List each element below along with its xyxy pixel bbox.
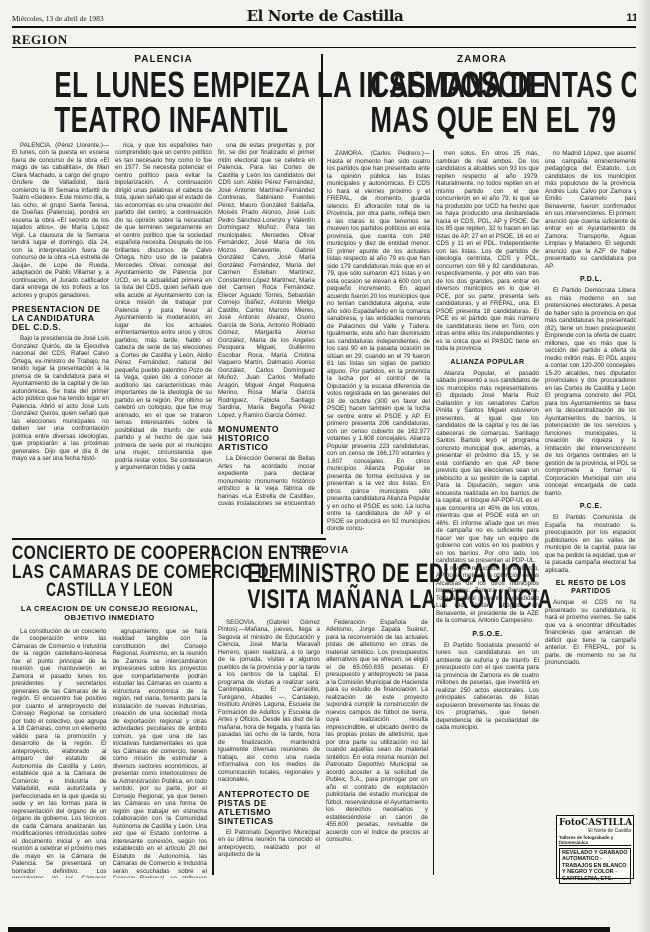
camaras-col1-paragraph: La constitución de un concierto de coope… [12, 628, 107, 878]
palencia-column-2: rica, y que los españoles han comprendid… [115, 142, 212, 505]
ad-brand-sub: El Norte de Castilla [559, 828, 631, 834]
section-header: REGION [12, 31, 638, 48]
zamora-pdl-paragraph: El Partido Demócrata Liberal es más mode… [545, 287, 637, 497]
camaras-subtitle-line1: LA CREACION DE UN CONSEJO REGIONAL, [12, 604, 207, 613]
section-divider [12, 538, 326, 540]
palencia-col2-paragraph: rica, y que los españoles han comprendid… [115, 142, 212, 472]
subhead-alianza-popular: ALIANZA POPULAR [436, 359, 539, 367]
zamora-column-3: rio Madrid López, que asumió una campaña… [545, 150, 637, 810]
article-zamora: ZAMORA CASI DOSCIENTAS CANDIDATURAS MAS … [327, 54, 637, 138]
subhead-psoe: P.S.O.E. [436, 631, 539, 639]
zamora-col2-paragraph: rren solos. En otros 25 más, cambian de … [436, 150, 539, 353]
segovia-column-2: Federación Española de Atletismo, Jorge … [326, 619, 428, 874]
palencia-lead-paragraph: PALENCIA. (Pérez Llorente.)—El lunes, co… [12, 142, 109, 300]
article-palencia: PALENCIA EL LUNES EMPIEZA LA III SEMANA … [12, 54, 315, 505]
segovia-col2-paragraph: Federación Española de Atletismo, Jorge … [326, 619, 428, 844]
subhead-pistas-atletismo: ANTEPROTECTO DE PISTAS DE ATLETISMO SINT… [218, 790, 320, 826]
zamora-column-2: rren solos. En otros 25 más, cambian de … [436, 150, 539, 872]
column-divider [321, 54, 323, 534]
page-bottom-edge [8, 927, 610, 932]
palencia-col3-paragraph: una de estas preguntas y, por fin, se di… [218, 142, 315, 420]
article-camaras: CONCIERTO DE COOPERACION ENTRE LAS CAMAR… [12, 545, 207, 878]
palencia-cds-paragraph: Bajo la presidencia de José Luis Gonzále… [12, 335, 109, 463]
headline-camaras-line3: CASTILLA Y LEON [39, 582, 179, 601]
ad-brand: FotoCASTILLA [559, 818, 631, 828]
column-divider-zamora [433, 150, 434, 875]
palencia-column-1: PALENCIA. (Pérez Llorente.)—El lunes, co… [12, 142, 109, 505]
subhead-pce: P.C.E. [545, 503, 637, 511]
zamora-col3-paragraph: rio Madrid López, que asumió una campaña… [545, 150, 637, 270]
segovia-column-1: SEGOVIA. (Gabriel Gómez Pintos).—Mañana,… [218, 619, 320, 874]
camaras-column-2: agrupamiento, que se hará realidad tangi… [113, 628, 208, 878]
ad-services-box: REVELADO Y GRABADO AUTOMATICO - TRABAJOS… [559, 848, 631, 884]
column-divider-bottom [212, 545, 214, 875]
headline-segovia-line2: VISITA MAÑANA LA PROVINCIA [247, 586, 398, 612]
headline-palencia-line2: TEATRO INFANTIL [54, 102, 272, 137]
subhead-pdl: P.D.L. [545, 276, 637, 284]
subhead-resto-partidos: EL RESTO DE LOS PARTIDOS [545, 580, 637, 596]
zamora-col1-paragraph: ZAMORA. (Carlos Pedrero.)—Hasta el momen… [327, 150, 430, 533]
segovia-pistas-paragraph: El Patronato Deportivo Municipal en su ú… [218, 829, 320, 859]
masthead: Miércoles, 13 de abril de 1983 El Norte … [12, 6, 638, 28]
page-edge-shadow [636, 0, 650, 932]
zamora-pce-paragraph: El Partido Comunista de España ha mostra… [545, 514, 637, 574]
segovia-col1-paragraph: SEGOVIA. (Gabriel Gómez Pintos).—Mañana,… [218, 619, 320, 784]
zamora-resto-paragraph: Aunque el CDS no ha presentado su candid… [545, 599, 637, 667]
article-segovia: SEGOVIA EL MINISTRO DE EDUCACION VISITA … [218, 545, 428, 874]
fotocastilla-advertisement: FotoCASTILLA El Norte de Castilla Taller… [556, 815, 634, 879]
palencia-column-3: una de estas preguntas y, por fin, se di… [218, 142, 315, 505]
region-label-segovia: SEGOVIA [218, 545, 428, 556]
newspaper-page: Miércoles, 13 de abril de 1983 El Norte … [0, 0, 650, 932]
ad-tagline: Talleres de fotograbado y fotomecánica [559, 835, 631, 846]
zamora-ap-paragraph: Alianza Popular, el pasado sábado presen… [436, 370, 539, 565]
camaras-column-1: La constitución de un concierto de coope… [12, 628, 107, 878]
palencia-monumento-paragraph: La Dirección General de Bellas Artes ha … [218, 455, 315, 505]
subhead-monumento: MONUMENTO HISTORICO ARTISTICO [218, 425, 315, 452]
headline-palencia-line1: EL LUNES EMPIEZA LA III SEMANA DE [54, 67, 272, 102]
camaras-subtitle-line2: OBJETIVO INMEDIATO [12, 613, 207, 622]
headline-segovia-line1: EL MINISTRO DE EDUCACION [247, 560, 398, 586]
headline-zamora-line1: CASI DOSCIENTAS CANDIDATURAS [370, 67, 593, 102]
newspaper-logo: El Norte de Castilla [12, 7, 638, 25]
subhead-cds: PRESENTACION DE LA CANDIDATURA DEL C.D.S… [12, 305, 109, 332]
headline-zamora-line2: MAS QUE EN EL 79 [370, 102, 593, 137]
section-title: REGION [12, 32, 68, 47]
camaras-col2-paragraph: agrupamiento, que se hará realidad tangi… [113, 628, 208, 878]
zamora-psoe-paragraph: El Partido Socialista presentó el lunes … [436, 642, 539, 732]
